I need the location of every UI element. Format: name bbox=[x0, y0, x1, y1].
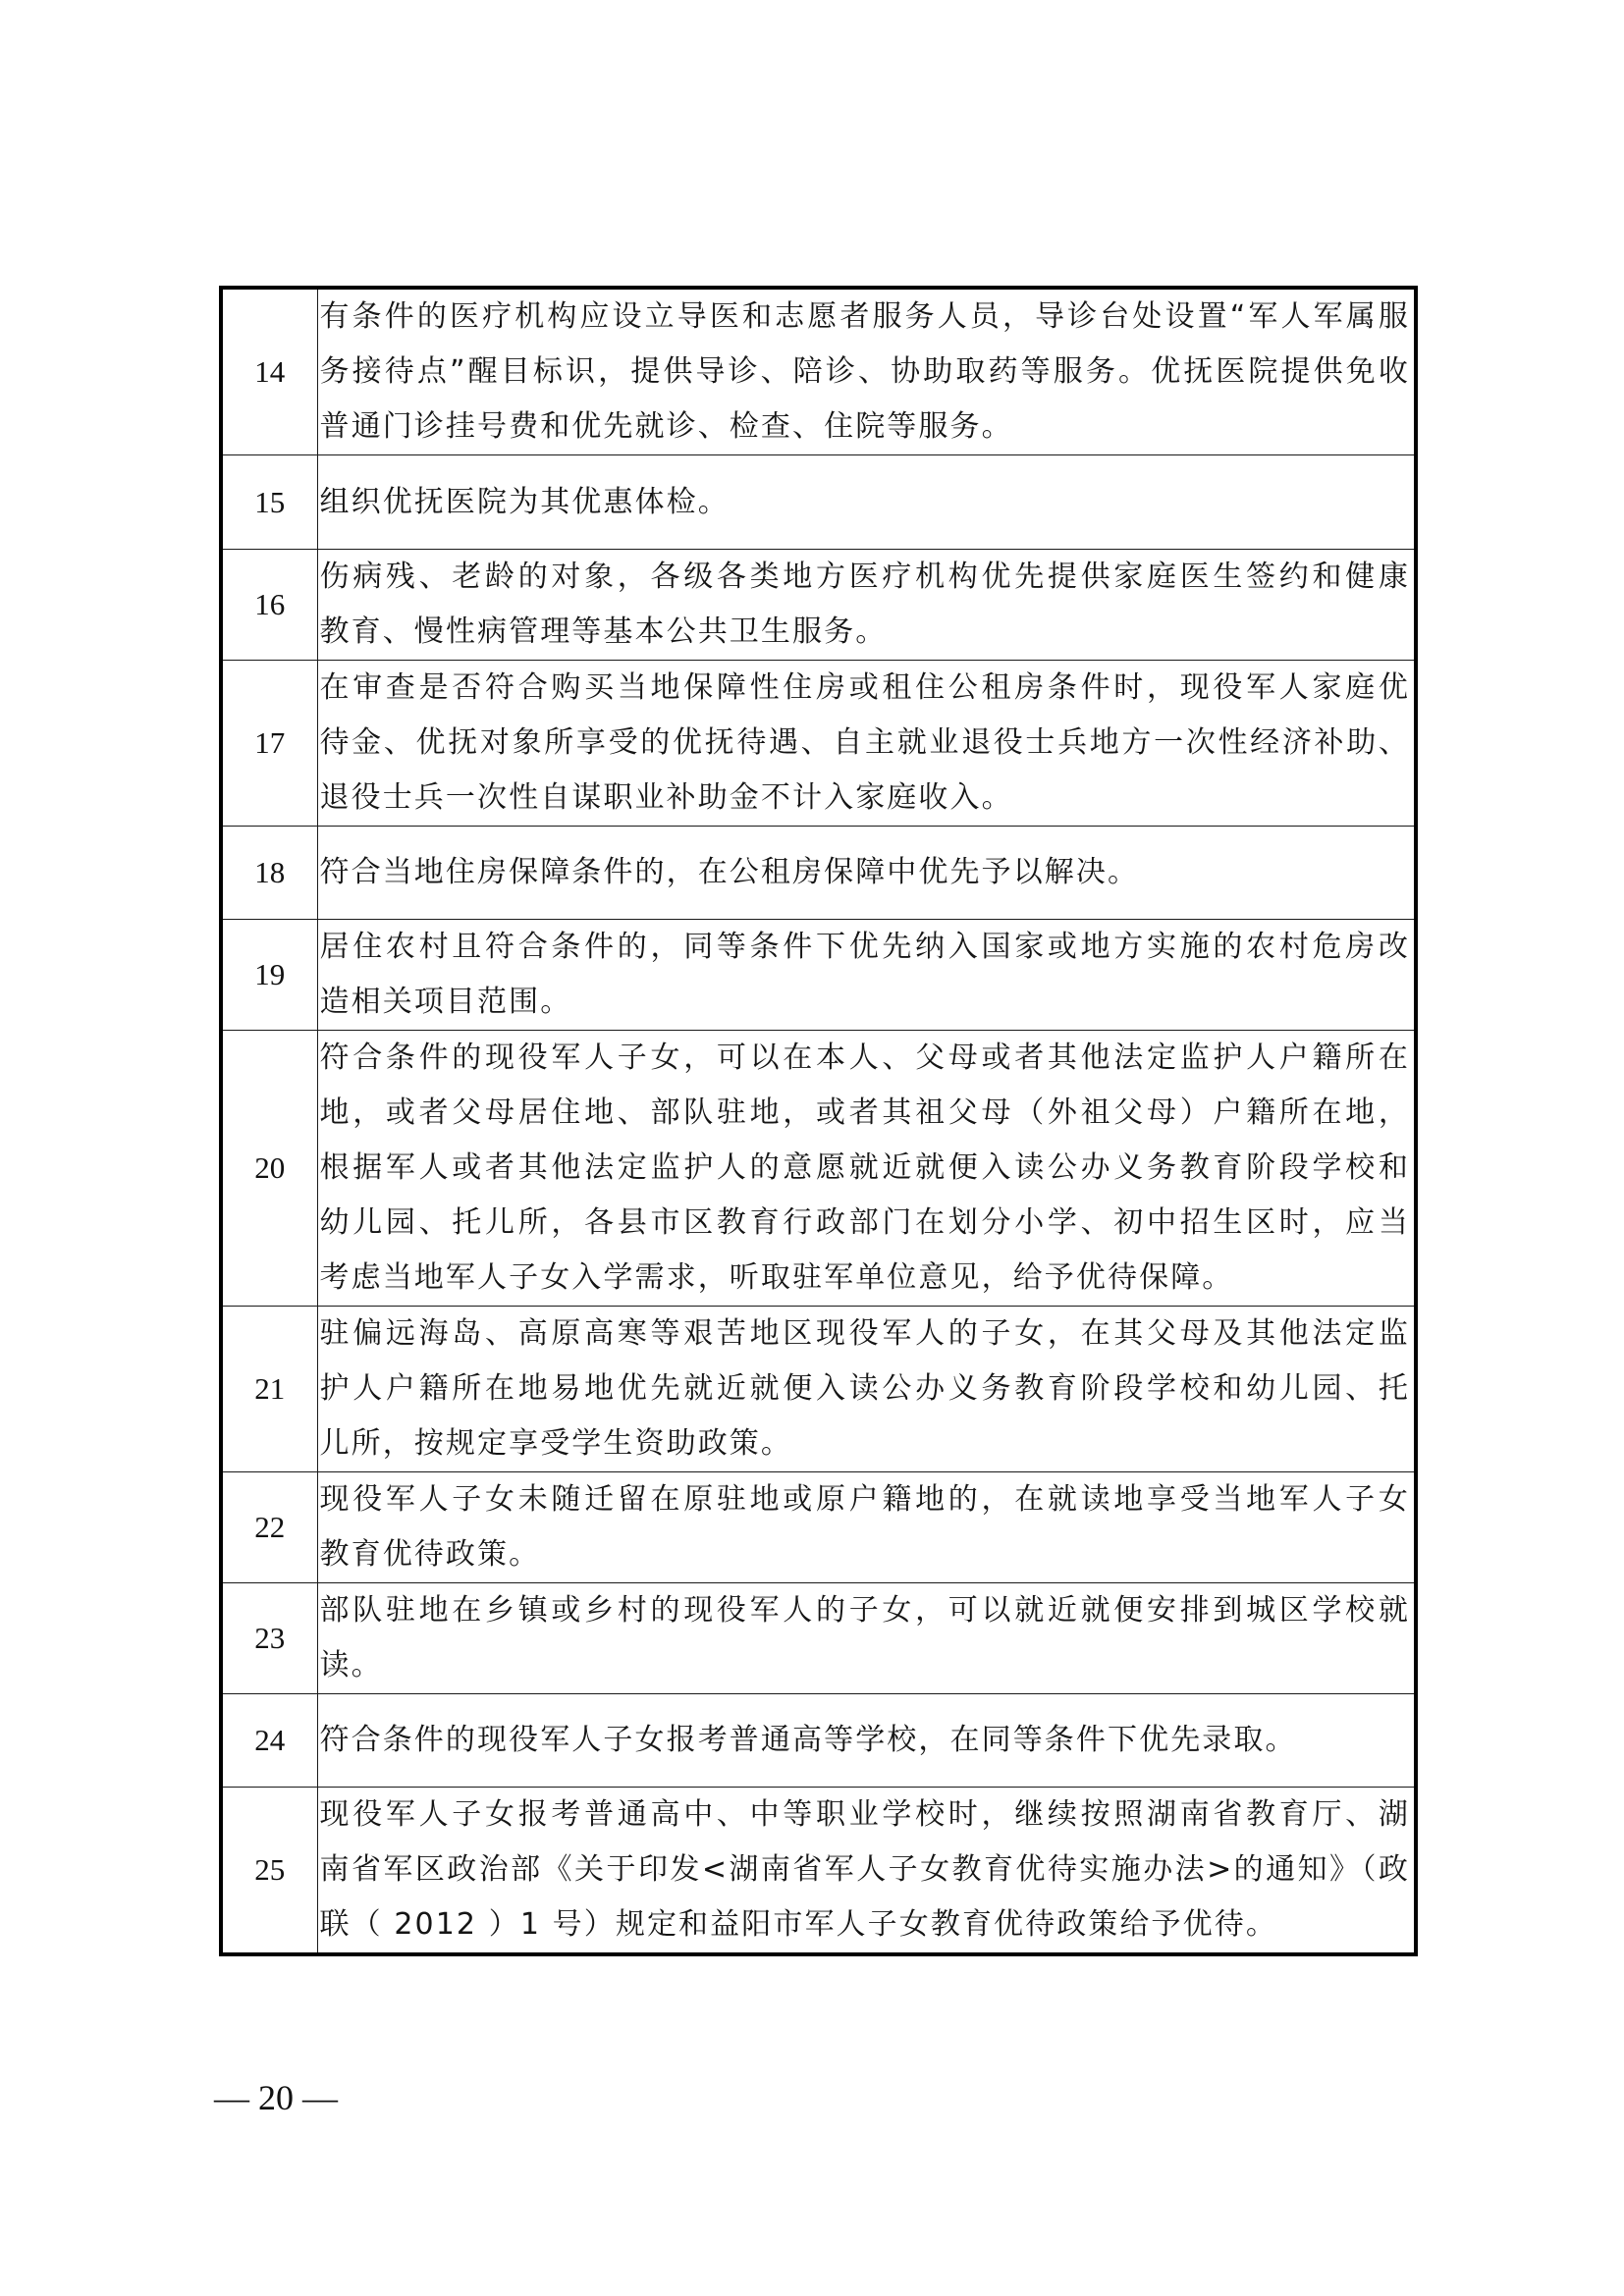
table-row: 14有条件的医疗机构应设立导医和志愿者服务人员，导诊台处设置“军人军属服务接待点… bbox=[221, 288, 1416, 455]
description-line: 符合当地住房保障条件的，在公租房保障中优先予以解决。 bbox=[320, 845, 1411, 900]
policy-table-body: 14有条件的医疗机构应设立导医和志愿者服务人员，导诊台处设置“军人军属服务接待点… bbox=[221, 288, 1416, 1954]
description-line: 儿所，按规定享受学生资助政策。 bbox=[320, 1416, 1411, 1471]
item-number: 21 bbox=[221, 1307, 317, 1472]
description-line: 地，或者父母居住地、部队驻地，或者其祖父母（外祖父母）户籍所在地， bbox=[320, 1086, 1411, 1141]
item-number: 15 bbox=[221, 455, 317, 550]
description-line: 符合条件的现役军人子女报考普通高等学校，在同等条件下优先录取。 bbox=[320, 1713, 1411, 1768]
item-number: 24 bbox=[221, 1694, 317, 1788]
item-number: 19 bbox=[221, 920, 317, 1031]
item-description: 现役军人子女未随迁留在原驻地或原户籍地的，在就读地享受当地军人子女教育优待政策。 bbox=[317, 1472, 1416, 1583]
description-line: 伤病残、老龄的对象，各级各类地方医疗机构优先提供家庭医生签约和健康 bbox=[320, 550, 1411, 605]
description-line: 考虑当地军人子女入学需求，听取驻军单位意见，给予优待保障。 bbox=[320, 1251, 1411, 1306]
description-line: 普通门诊挂号费和优先就诊、检查、住院等服务。 bbox=[320, 400, 1411, 454]
description-line: 现役军人子女报考普通高中、中等职业学校时，继续按照湖南省教育厅、湖 bbox=[320, 1788, 1411, 1842]
item-description: 驻偏远海岛、高原高寒等艰苦地区现役军人的子女，在其父母及其他法定监护人户籍所在地… bbox=[317, 1307, 1416, 1472]
item-number: 20 bbox=[221, 1031, 317, 1307]
description-line: 读。 bbox=[320, 1638, 1411, 1693]
description-line: 根据军人或者其他法定监护人的意愿就近就便入读公办义务教育阶段学校和 bbox=[320, 1141, 1411, 1196]
item-description: 有条件的医疗机构应设立导医和志愿者服务人员，导诊台处设置“军人军属服务接待点”醒… bbox=[317, 288, 1416, 455]
description-line: 符合条件的现役军人子女，可以在本人、父母或者其他法定监护人户籍所在 bbox=[320, 1031, 1411, 1086]
description-line: 居住农村且符合条件的，同等条件下优先纳入国家或地方实施的农村危房改 bbox=[320, 920, 1411, 975]
table-row: 16伤病残、老龄的对象，各级各类地方医疗机构优先提供家庭医生签约和健康教育、慢性… bbox=[221, 550, 1416, 661]
item-description: 在审查是否符合购买当地保障性住房或租住公租房条件时，现役军人家庭优待金、优抚对象… bbox=[317, 661, 1416, 827]
item-number: 17 bbox=[221, 661, 317, 827]
description-line: 现役军人子女未随迁留在原驻地或原户籍地的，在就读地享受当地军人子女 bbox=[320, 1472, 1411, 1527]
description-line: 有条件的医疗机构应设立导医和志愿者服务人员，导诊台处设置“军人军属服 bbox=[320, 290, 1411, 345]
item-description: 现役军人子女报考普通高中、中等职业学校时，继续按照湖南省教育厅、湖南省军区政治部… bbox=[317, 1788, 1416, 1955]
description-line: 教育、慢性病管理等基本公共卫生服务。 bbox=[320, 605, 1411, 660]
item-description: 组织优抚医院为其优惠体检。 bbox=[317, 455, 1416, 550]
table-row: 24符合条件的现役军人子女报考普通高等学校，在同等条件下优先录取。 bbox=[221, 1694, 1416, 1788]
item-number: 14 bbox=[221, 288, 317, 455]
description-line: 造相关项目范围。 bbox=[320, 975, 1411, 1030]
document-page: 14有条件的医疗机构应设立导医和志愿者服务人员，导诊台处设置“军人军属服务接待点… bbox=[0, 0, 1624, 2296]
description-line: 待金、优抚对象所享受的优抚待遇、自主就业退役士兵地方一次性经济补助、 bbox=[320, 716, 1411, 771]
item-number: 25 bbox=[221, 1788, 317, 1955]
item-description: 居住农村且符合条件的，同等条件下优先纳入国家或地方实施的农村危房改造相关项目范围… bbox=[317, 920, 1416, 1031]
item-description: 符合条件的现役军人子女报考普通高等学校，在同等条件下优先录取。 bbox=[317, 1694, 1416, 1788]
table-row: 21驻偏远海岛、高原高寒等艰苦地区现役军人的子女，在其父母及其他法定监护人户籍所… bbox=[221, 1307, 1416, 1472]
item-description: 伤病残、老龄的对象，各级各类地方医疗机构优先提供家庭医生签约和健康教育、慢性病管… bbox=[317, 550, 1416, 661]
description-line: 幼儿园、托儿所，各县市区教育行政部门在划分小学、初中招生区时，应当 bbox=[320, 1196, 1411, 1251]
item-number: 23 bbox=[221, 1583, 317, 1694]
table-row: 17在审查是否符合购买当地保障性住房或租住公租房条件时，现役军人家庭优待金、优抚… bbox=[221, 661, 1416, 827]
item-description: 部队驻地在乡镇或乡村的现役军人的子女，可以就近就便安排到城区学校就读。 bbox=[317, 1583, 1416, 1694]
description-line: 教育优待政策。 bbox=[320, 1527, 1411, 1582]
table-row: 19居住农村且符合条件的，同等条件下优先纳入国家或地方实施的农村危房改造相关项目… bbox=[221, 920, 1416, 1031]
description-line: 联（ 2012 ）1 号）规定和益阳市军人子女教育优待政策给予优待。 bbox=[320, 1897, 1411, 1952]
table-row: 20符合条件的现役军人子女，可以在本人、父母或者其他法定监护人户籍所在地，或者父… bbox=[221, 1031, 1416, 1307]
page-number: — 20 — bbox=[214, 2073, 338, 2122]
description-line: 驻偏远海岛、高原高寒等艰苦地区现役军人的子女，在其父母及其他法定监 bbox=[320, 1307, 1411, 1362]
table-row: 23部队驻地在乡镇或乡村的现役军人的子女，可以就近就便安排到城区学校就读。 bbox=[221, 1583, 1416, 1694]
item-description: 符合条件的现役军人子女，可以在本人、父母或者其他法定监护人户籍所在地，或者父母居… bbox=[317, 1031, 1416, 1307]
description-line: 退役士兵一次性自谋职业补助金不计入家庭收入。 bbox=[320, 771, 1411, 826]
description-line: 在审查是否符合购买当地保障性住房或租住公租房条件时，现役军人家庭优 bbox=[320, 661, 1411, 716]
description-line: 南省军区政治部《关于印发<湖南省军人子女教育优待实施办法>的通知》（政 bbox=[320, 1842, 1411, 1897]
policy-table: 14有条件的医疗机构应设立导医和志愿者服务人员，导诊台处设置“军人军属服务接待点… bbox=[219, 286, 1418, 1956]
description-line: 护人户籍所在地易地优先就近就便入读公办义务教育阶段学校和幼儿园、托 bbox=[320, 1362, 1411, 1416]
table-row: 15组织优抚医院为其优惠体检。 bbox=[221, 455, 1416, 550]
item-number: 18 bbox=[221, 827, 317, 920]
item-number: 22 bbox=[221, 1472, 317, 1583]
table-row: 22现役军人子女未随迁留在原驻地或原户籍地的，在就读地享受当地军人子女教育优待政… bbox=[221, 1472, 1416, 1583]
item-description: 符合当地住房保障条件的，在公租房保障中优先予以解决。 bbox=[317, 827, 1416, 920]
description-line: 组织优抚医院为其优惠体检。 bbox=[320, 475, 1411, 530]
item-number: 16 bbox=[221, 550, 317, 661]
table-row: 25现役军人子女报考普通高中、中等职业学校时，继续按照湖南省教育厅、湖南省军区政… bbox=[221, 1788, 1416, 1955]
description-line: 部队驻地在乡镇或乡村的现役军人的子女，可以就近就便安排到城区学校就 bbox=[320, 1583, 1411, 1638]
table-row: 18符合当地住房保障条件的，在公租房保障中优先予以解决。 bbox=[221, 827, 1416, 920]
description-line: 务接待点”醒目标识，提供导诊、陪诊、协助取药等服务。优抚医院提供免收 bbox=[320, 345, 1411, 400]
